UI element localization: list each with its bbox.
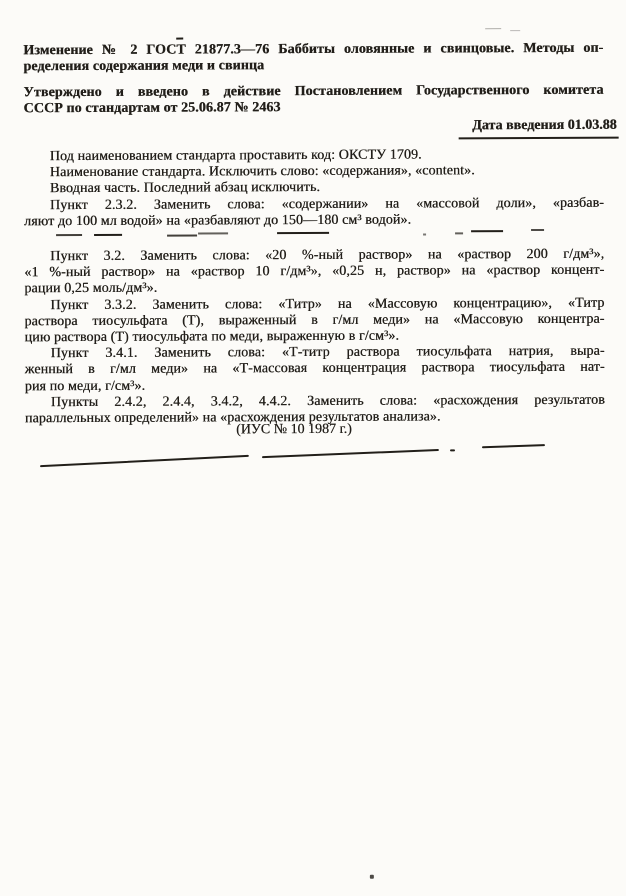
scan-artifact: [510, 30, 520, 31]
text-line: ределения содержания меди и свинца: [23, 57, 603, 76]
separator-mark: [423, 234, 426, 236]
amendments-section-1: Под наименованием стандарта проставить к…: [24, 147, 604, 231]
separator-mark: [455, 232, 463, 234]
separator-mark: [531, 229, 544, 231]
text-line: СССР по стандартам от 25.06.87 № 2463: [23, 99, 603, 118]
text-line: Утверждено и введено в действие Постанов…: [23, 83, 603, 102]
separator-mark: [94, 234, 122, 236]
amendments-section-2: Пункт 3.2. Заменить слова: «20 %-ный рас…: [24, 247, 605, 428]
footer-rule-segment: [482, 444, 545, 448]
source-note: (ИУС № 10 1987 г.): [0, 421, 588, 440]
footer-rule-segment: [40, 455, 249, 467]
approval-statement: Утверждено и введено в действие Постанов…: [23, 83, 603, 118]
text-line: Пункт 2.3.2. Заменить слова: «содержании…: [24, 195, 604, 214]
scan-artifact: [485, 28, 501, 29]
footer-rule-segment: [262, 449, 439, 458]
text-line: Изменение № 2 ГОСТ 21877.3—76 Баббиты ол…: [23, 41, 603, 60]
separator-mark: [277, 232, 329, 234]
separator-mark: [471, 230, 503, 232]
text-line: Пункты 2.4.2, 2.4.4, 3.4.2, 4.4.2. Замен…: [25, 393, 605, 412]
footer-rule-segment: [450, 449, 455, 451]
scan-speck: [370, 875, 374, 879]
text-line: женный в г/мл меди» на «Т-массовая конце…: [25, 360, 605, 379]
page: Изменение № 2 ГОСТ 21877.3—76 Баббиты ол…: [0, 0, 626, 896]
separator-mark: [167, 235, 197, 237]
text-line: ляют до 100 мл водой» на «разбавляют до …: [24, 212, 604, 231]
text-line: раствора тиосульфата (Т), выраженный в г…: [24, 312, 604, 331]
separator-dashes: [0, 0, 624, 1]
document-title: Изменение № 2 ГОСТ 21877.3—76 Баббиты ол…: [23, 41, 603, 76]
separator-mark: [56, 234, 82, 236]
effective-date: Дата введения 01.03.88: [458, 118, 619, 140]
footer-rule: [0, 0, 624, 1]
text-line: «1 %-ный раствор» на «раствор 10 г/дм³»,…: [24, 263, 604, 282]
separator-mark: [198, 232, 228, 234]
scan-artifact: [176, 38, 183, 40]
scanned-content: Изменение № 2 ГОСТ 21877.3—76 Баббиты ол…: [0, 0, 626, 896]
